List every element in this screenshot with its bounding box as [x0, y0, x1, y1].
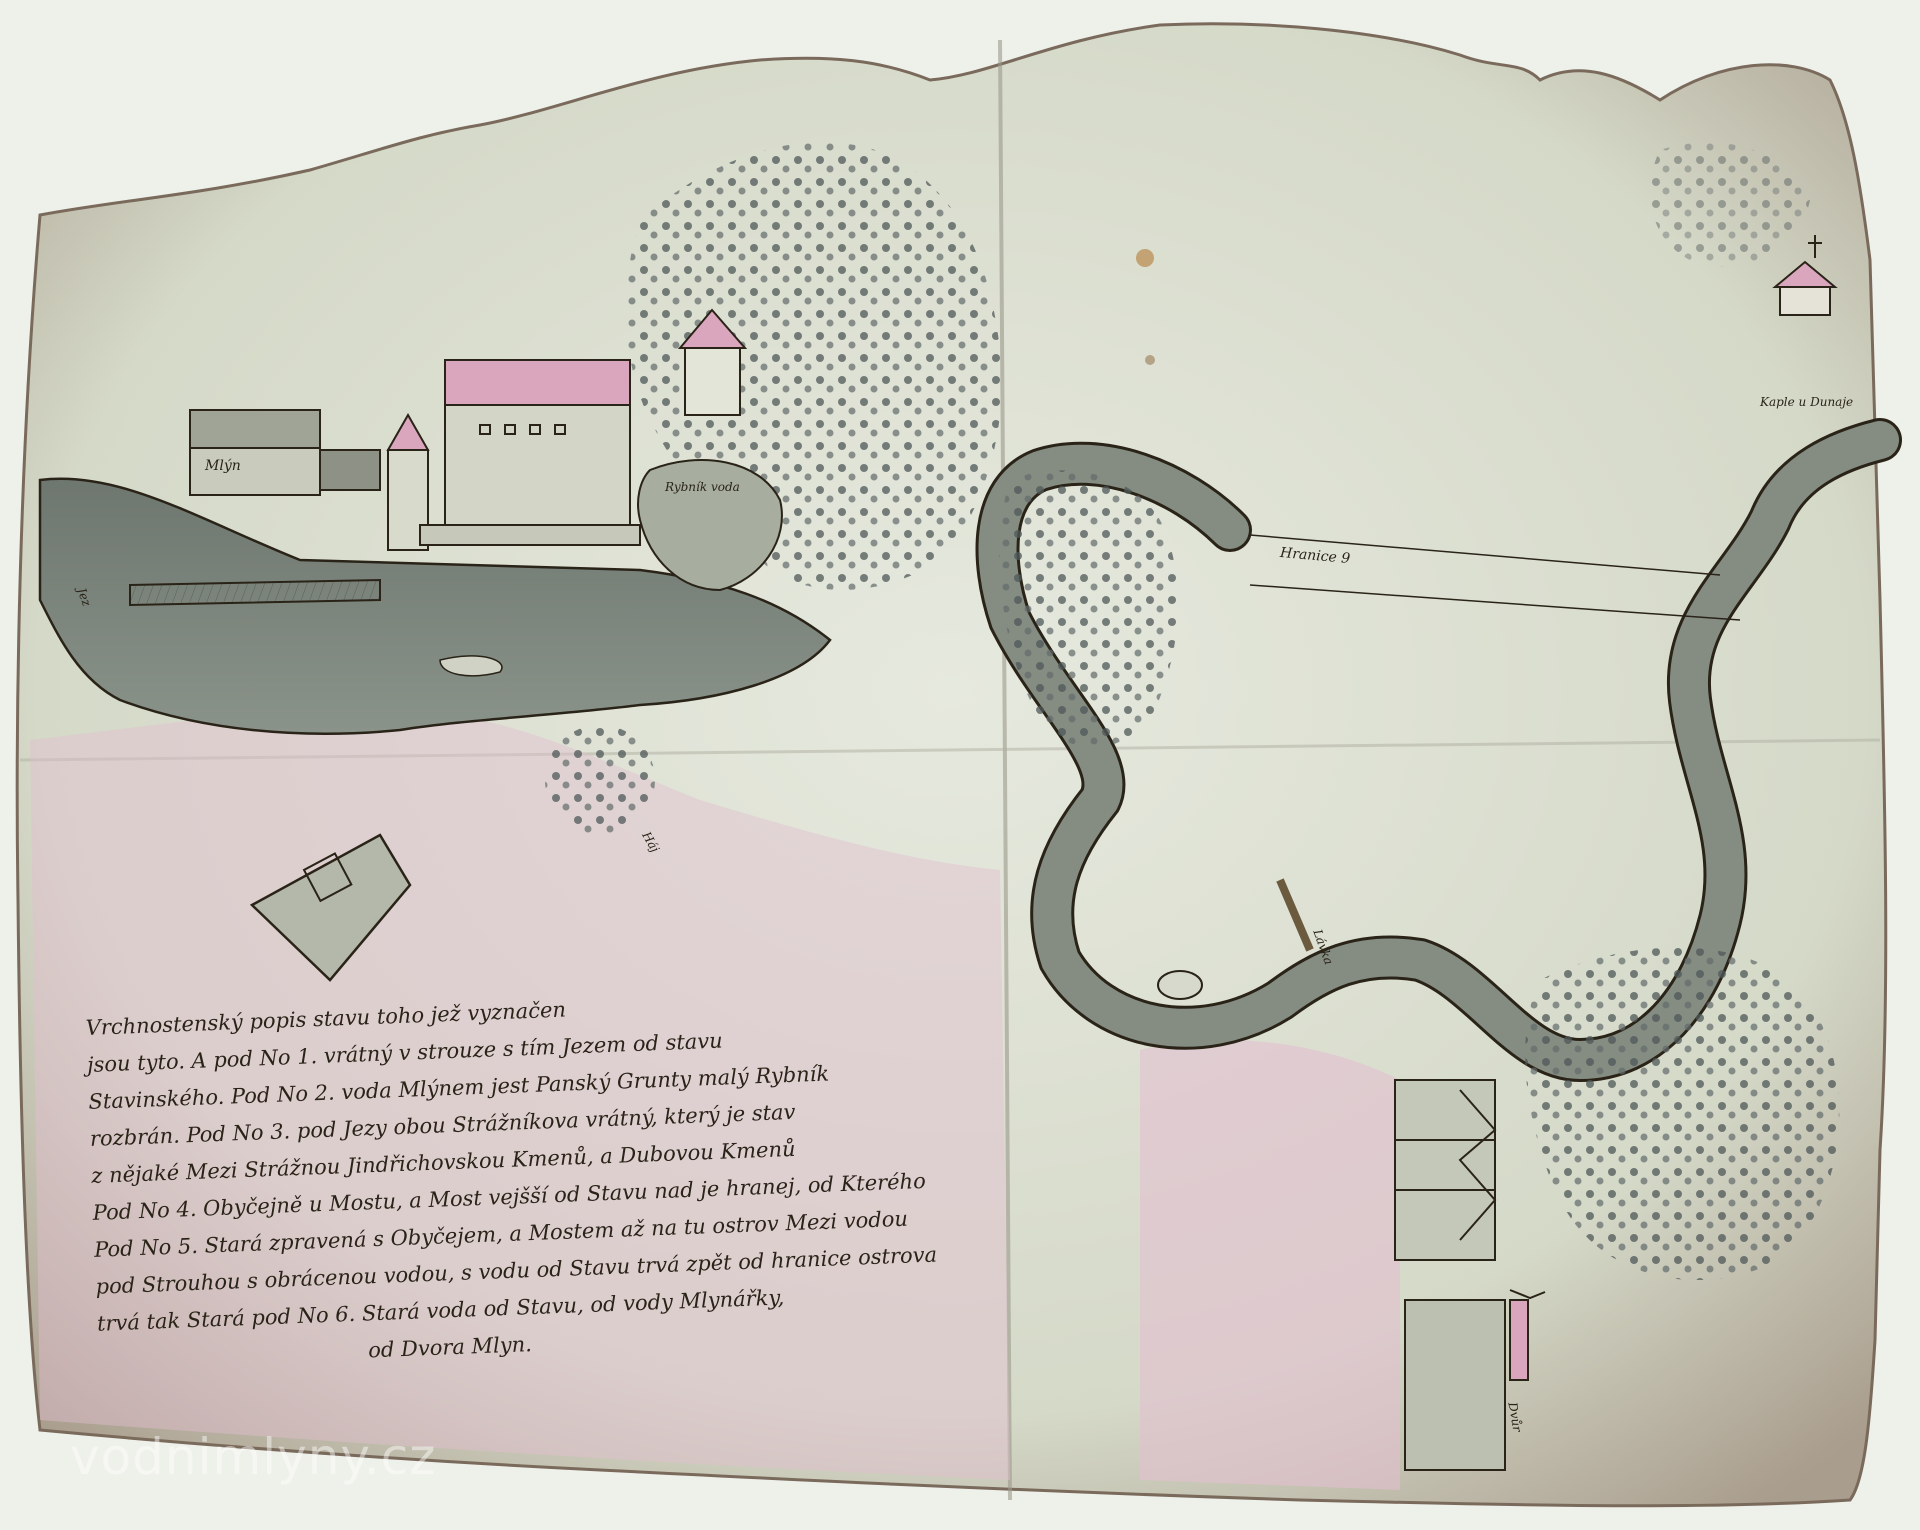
- building-small-house: [685, 345, 740, 415]
- legend-text-block: Vrchnostenský popis stavu toho jež vyzna…: [85, 974, 1039, 1380]
- grove: [545, 725, 655, 835]
- weir-dam: [130, 580, 380, 605]
- pink-field-right: [1140, 1040, 1400, 1490]
- label-mill: Mlýn: [205, 458, 241, 474]
- label-pond: Rybník voda: [665, 480, 740, 494]
- label-chapel: Kaple u Dunaje: [1760, 395, 1853, 409]
- watermark: vodnimlyny.cz: [70, 1428, 436, 1486]
- river-islet: [1158, 971, 1202, 999]
